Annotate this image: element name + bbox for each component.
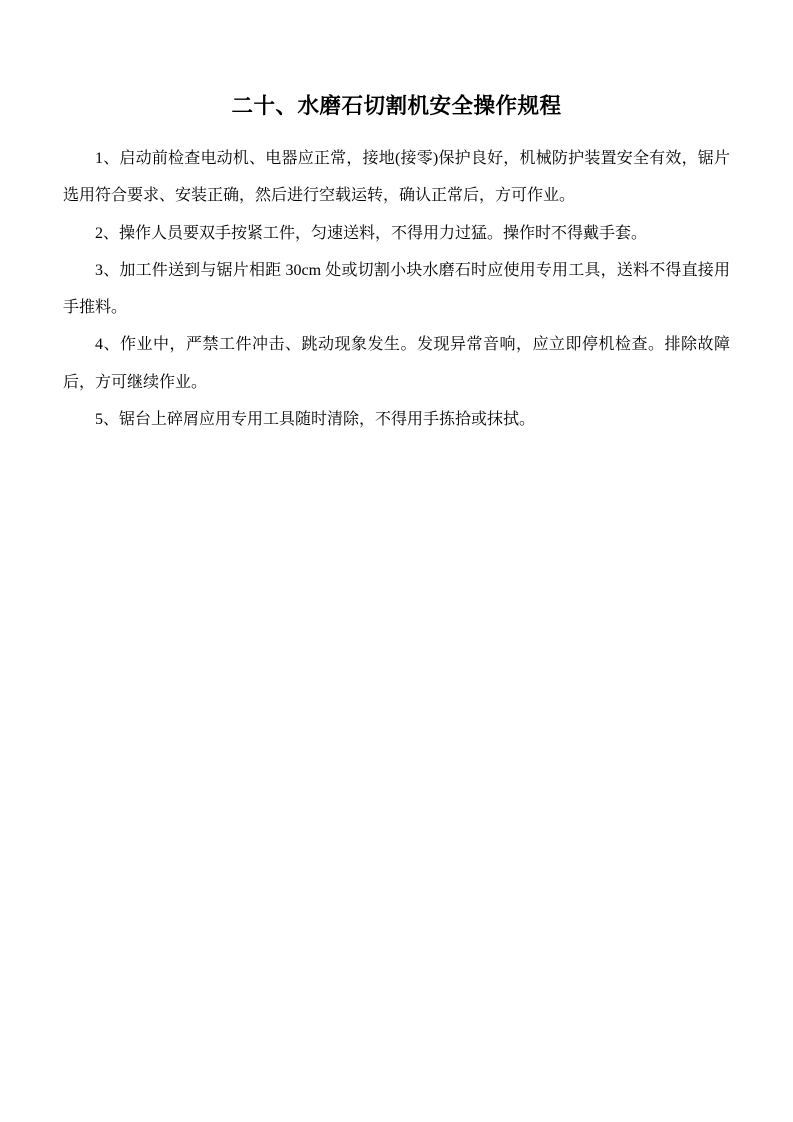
document-body: 1、启动前检查电动机、电器应正常，接地(接零)保护良好，机械防护装置安全有效，锯…: [63, 140, 730, 438]
paragraph-4: 4、作业中，严禁工件冲击、跳动现象发生。发现异常音响，应立即停机检查。排除故障后…: [63, 326, 730, 401]
document-page: 二十、水磨石切割机安全操作规程 1、启动前检查电动机、电器应正常，接地(接零)保…: [0, 0, 793, 1122]
paragraph-5: 5、锯台上碎屑应用专用工具随时清除，不得用手拣拾或抹拭。: [63, 401, 730, 438]
document-title: 二十、水磨石切割机安全操作规程: [63, 90, 730, 122]
paragraph-3: 3、加工件送到与锯片相距 30cm 处或切割小块水磨石时应使用专用工具，送料不得…: [63, 252, 730, 327]
paragraph-2: 2、操作人员要双手按紧工件，匀速送料，不得用力过猛。操作时不得戴手套。: [63, 215, 730, 252]
paragraph-1: 1、启动前检查电动机、电器应正常，接地(接零)保护良好，机械防护装置安全有效，锯…: [63, 140, 730, 215]
